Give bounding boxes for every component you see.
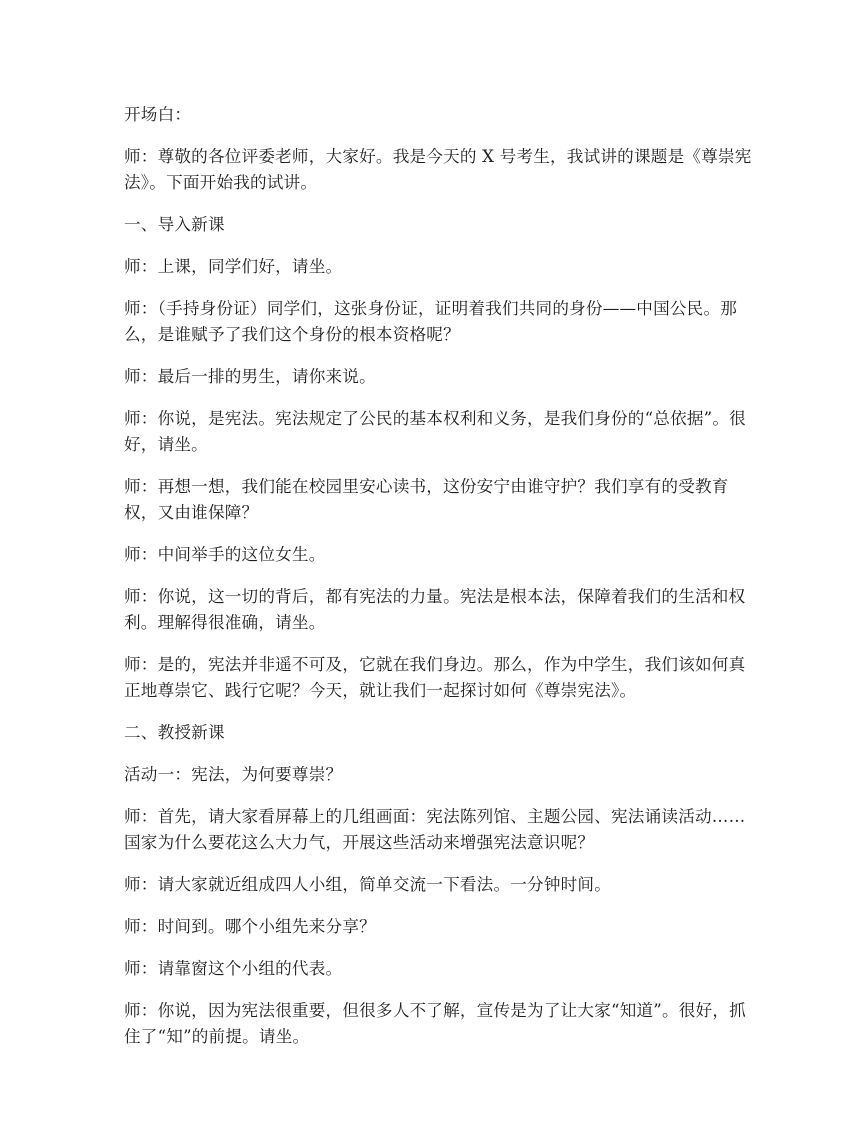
dialogue-paragraph: 师：你说，是宪法。宪法规定了公民的基本权利和义务，是我们身份的“总依据”。很好，… — [124, 406, 754, 458]
dialogue-paragraph: 师：首先，请大家看屏幕上的几组画面：宪法陈列馆、主题公园、宪法诵读活动……国家为… — [124, 804, 754, 856]
opening-heading: 开场白： — [124, 102, 754, 128]
dialogue-paragraph: 师：上课，同学们好，请坐。 — [124, 254, 754, 280]
dialogue-paragraph: 师：时间到。哪个小组先来分享？ — [124, 914, 754, 940]
dialogue-paragraph: 师：请大家就近组成四人小组，简单交流一下看法。一分钟时间。 — [124, 872, 754, 898]
section-heading-teaching: 二、教授新课 — [124, 720, 754, 746]
document-page: 开场白： 师：尊敬的各位评委老师，大家好。我是今天的 X 号考生，我试讲的课题是… — [124, 102, 754, 1066]
dialogue-paragraph: 师：（手持身份证）同学们，这张身份证，证明着我们共同的身份——中国公民。那么，是… — [124, 296, 754, 348]
dialogue-paragraph: 师：你说，这一切的背后，都有宪法的力量。宪法是根本法，保障着我们的生活和权利。理… — [124, 584, 754, 636]
dialogue-paragraph: 师：中间举手的这位女生。 — [124, 542, 754, 568]
dialogue-paragraph: 师：你说，因为宪法很重要，但很多人不了解，宣传是为了让大家“知道”。很好，抓住了… — [124, 998, 754, 1050]
dialogue-paragraph: 师：是的，宪法并非遥不可及，它就在我们身边。那么，作为中学生，我们该如何真正地尊… — [124, 652, 754, 704]
dialogue-paragraph: 师：再想一想，我们能在校园里安心读书，这份安宁由谁守护？我们享有的受教育权，又由… — [124, 474, 754, 526]
section-heading-intro: 一、导入新课 — [124, 212, 754, 238]
dialogue-paragraph: 师：请靠窗这个小组的代表。 — [124, 956, 754, 982]
activity-heading: 活动一：宪法，为何要尊崇？ — [124, 762, 754, 788]
opening-speech: 师：尊敬的各位评委老师，大家好。我是今天的 X 号考生，我试讲的课题是《尊崇宪法… — [124, 144, 754, 196]
dialogue-paragraph: 师：最后一排的男生，请你来说。 — [124, 364, 754, 390]
